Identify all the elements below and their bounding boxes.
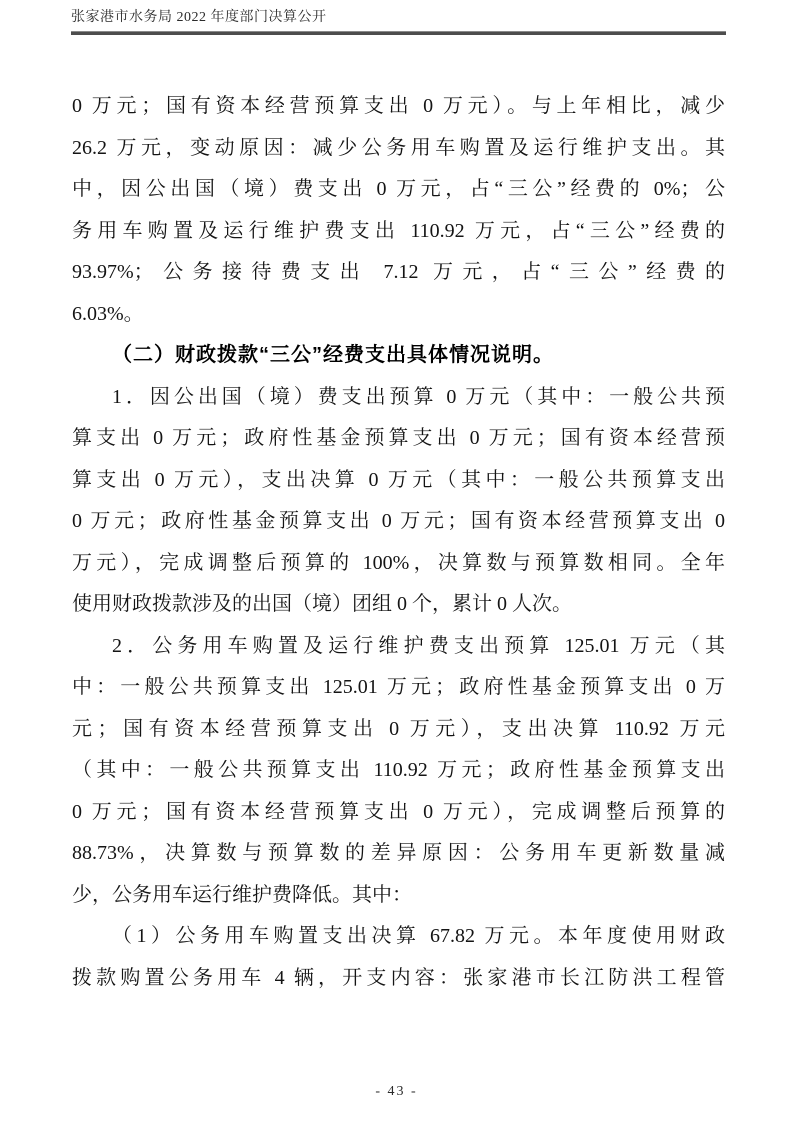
text-line: 算支出 0 万元；政府性基金预算支出 0 万元；国有资本经营预 (72, 418, 725, 460)
header-rule (71, 31, 726, 35)
text-line: 中，因公出国（境）费支出 0 万元，占“三公”经费的 0%；公 (72, 169, 725, 211)
text-line: 2．公务用车购置及运行维护费支出预算 125.01 万元（其 (72, 626, 725, 668)
section-heading: （二）财政拨款“三公”经费支出具体情况说明。 (72, 335, 725, 377)
text-line: 元；国有资本经营预算支出 0 万元），支出决算 110.92 万元 (72, 709, 725, 751)
text-line: 26.2 万元，变动原因：减少公务用车购置及运行维护支出。其 (72, 128, 725, 170)
header-title: 张家港市水务局 2022 年度部门决算公开 (71, 9, 726, 27)
text-line: 少，公务用车运行维护费降低。其中： (72, 875, 725, 917)
page-footer: - 43 - (0, 1082, 793, 1100)
page-number: - 43 - (375, 1084, 417, 1099)
text-line: 算支出 0 万元），支出决算 0 万元（其中：一般公共预算支出 (72, 460, 725, 502)
page-header: 张家港市水务局 2022 年度部门决算公开 (71, 9, 726, 35)
text-line: 0 万元；国有资本经营预算支出 0 万元）。与上年相比，减少 (72, 86, 725, 128)
text-line: 中：一般公共预算支出 125.01 万元；政府性基金预算支出 0 万 (72, 667, 725, 709)
text-line: 使用财政拨款涉及的出国（境）团组 0 个，累计 0 人次。 (72, 584, 725, 626)
text-line: 0 万元；政府性基金预算支出 0 万元；国有资本经营预算支出 0 (72, 501, 725, 543)
text-line: 93.97%；公务接待费支出 7.12 万元，占“三公”经费的 (72, 252, 725, 294)
document-body: 0 万元；国有资本经营预算支出 0 万元）。与上年相比，减少 26.2 万元，变… (72, 86, 725, 999)
text-line: 6.03%。 (72, 294, 725, 336)
text-line: 1．因公出国（境）费支出预算 0 万元（其中：一般公共预 (72, 377, 725, 419)
text-line: （其中：一般公共预算支出 110.92 万元；政府性基金预算支出 (72, 750, 725, 792)
document-page: 张家港市水务局 2022 年度部门决算公开 0 万元；国有资本经营预算支出 0 … (0, 0, 793, 1122)
text-line: 务用车购置及运行维护费支出 110.92 万元，占“三公”经费的 (72, 211, 725, 253)
text-line: 88.73%，决算数与预算数的差异原因：公务用车更新数量减 (72, 833, 725, 875)
text-line: 拨款购置公务用车 4 辆，开支内容：张家港市长江防洪工程管 (72, 958, 725, 1000)
text-line: 0 万元；国有资本经营预算支出 0 万元），完成调整后预算的 (72, 792, 725, 834)
text-line: （1）公务用车购置支出决算 67.82 万元。本年度使用财政 (72, 916, 725, 958)
text-line: 万元），完成调整后预算的 100%，决算数与预算数相同。全年 (72, 543, 725, 585)
